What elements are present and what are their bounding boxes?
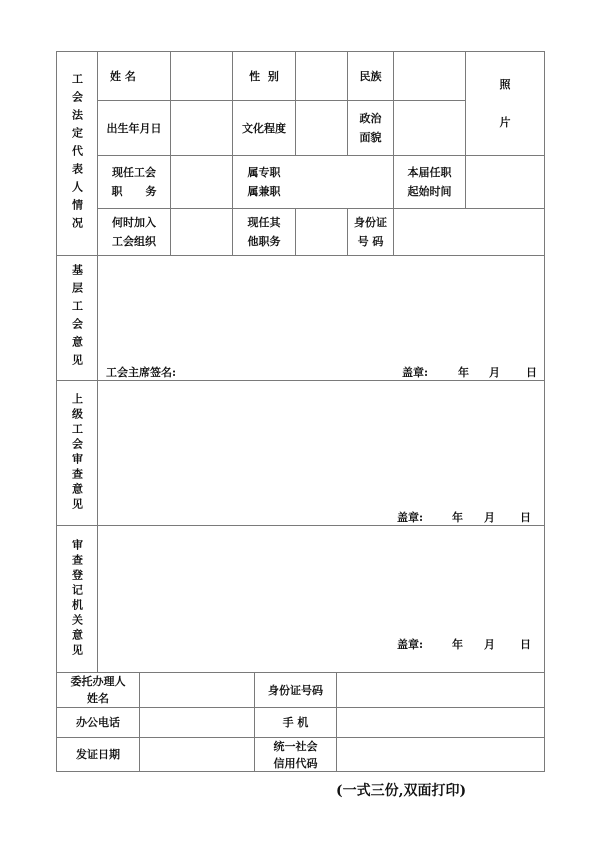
agent-id-field[interactable] xyxy=(337,673,544,707)
seal-label: 盖章: xyxy=(397,636,423,652)
month-label: 月 xyxy=(489,364,500,380)
issue-date-label: 发证日期 xyxy=(57,738,139,771)
year-label: 年 xyxy=(458,364,469,380)
join-date-field[interactable] xyxy=(171,209,232,255)
month-label: 月 xyxy=(484,636,495,652)
join-date-label: 何时加入 工会组织 xyxy=(98,209,170,255)
ethnicity-field[interactable] xyxy=(394,52,465,100)
seal-label: 盖章: xyxy=(402,364,428,380)
birthdate-field[interactable] xyxy=(171,101,232,155)
seal-label: 盖章: xyxy=(397,509,423,525)
section-label-upper-union: 上级工会审查意见 xyxy=(57,381,97,525)
mobile-label: 手 机 xyxy=(255,708,336,737)
other-position-label: 现任其 他职务 xyxy=(233,209,295,255)
month-label: 月 xyxy=(484,509,495,525)
gender-field[interactable] xyxy=(296,52,347,100)
gender-label: 性 别 xyxy=(233,52,295,100)
ethnicity-label: 民族 xyxy=(348,52,393,100)
political-status-field[interactable] xyxy=(394,101,465,155)
photo-area[interactable]: 照 片 xyxy=(466,52,544,155)
side-label: 工会法定代表人情况 xyxy=(68,73,87,235)
side-label: 上级工会审查意见 xyxy=(68,393,87,513)
political-status-label: 政治 面貌 xyxy=(348,101,393,155)
birthdate-label: 出生年月日 xyxy=(98,101,170,155)
side-label: 审查登记机关意见 xyxy=(68,539,87,659)
name-field[interactable] xyxy=(171,52,232,100)
fulltime-parttime-label: 属专职 属兼职 xyxy=(233,156,295,208)
mobile-field[interactable] xyxy=(337,708,544,737)
issue-date-field[interactable] xyxy=(140,738,254,771)
side-label: 基层工会意见 xyxy=(68,264,87,372)
base-union-opinion-field[interactable] xyxy=(98,256,544,366)
year-label: 年 xyxy=(452,636,463,652)
name-label: 姓 名 xyxy=(98,52,170,100)
education-label: 文化程度 xyxy=(233,101,295,155)
section-label-registry: 审查登记机关意见 xyxy=(57,526,97,672)
section-label-legal-rep: 工会法定代表人情况 xyxy=(57,52,97,255)
day-label: 日 xyxy=(520,509,531,525)
union-position-label: 现任工会 职 务 xyxy=(98,156,170,208)
registry-opinion-field[interactable] xyxy=(98,526,544,634)
upper-union-opinion-field[interactable] xyxy=(98,381,544,507)
agent-name-label: 委托办理人 姓名 xyxy=(57,673,139,707)
id-number-field[interactable] xyxy=(394,209,544,255)
section-label-base-union: 基层工会意见 xyxy=(57,256,97,380)
credit-code-label: 统一社会 信用代码 xyxy=(255,738,336,771)
agent-name-field[interactable] xyxy=(140,673,254,707)
office-phone-field[interactable] xyxy=(140,708,254,737)
union-position-field[interactable] xyxy=(171,156,232,208)
office-phone-label: 办公电话 xyxy=(57,708,139,737)
day-label: 日 xyxy=(526,364,537,380)
year-label: 年 xyxy=(452,509,463,525)
term-start-label: 本届任职 起始时间 xyxy=(394,156,465,208)
day-label: 日 xyxy=(520,636,531,652)
education-field[interactable] xyxy=(296,101,347,155)
agent-id-label: 身份证号码 xyxy=(255,673,336,707)
other-position-field[interactable] xyxy=(296,209,347,255)
credit-code-field[interactable] xyxy=(337,738,544,771)
fulltime-parttime-field[interactable] xyxy=(296,156,393,208)
border-right xyxy=(544,51,545,772)
id-number-label: 身份证 号 码 xyxy=(348,209,393,255)
print-note: (一式三份,双面打印) xyxy=(336,780,466,800)
chair-signature-label: 工会主席签名: xyxy=(106,364,176,380)
term-start-field[interactable] xyxy=(466,156,544,208)
